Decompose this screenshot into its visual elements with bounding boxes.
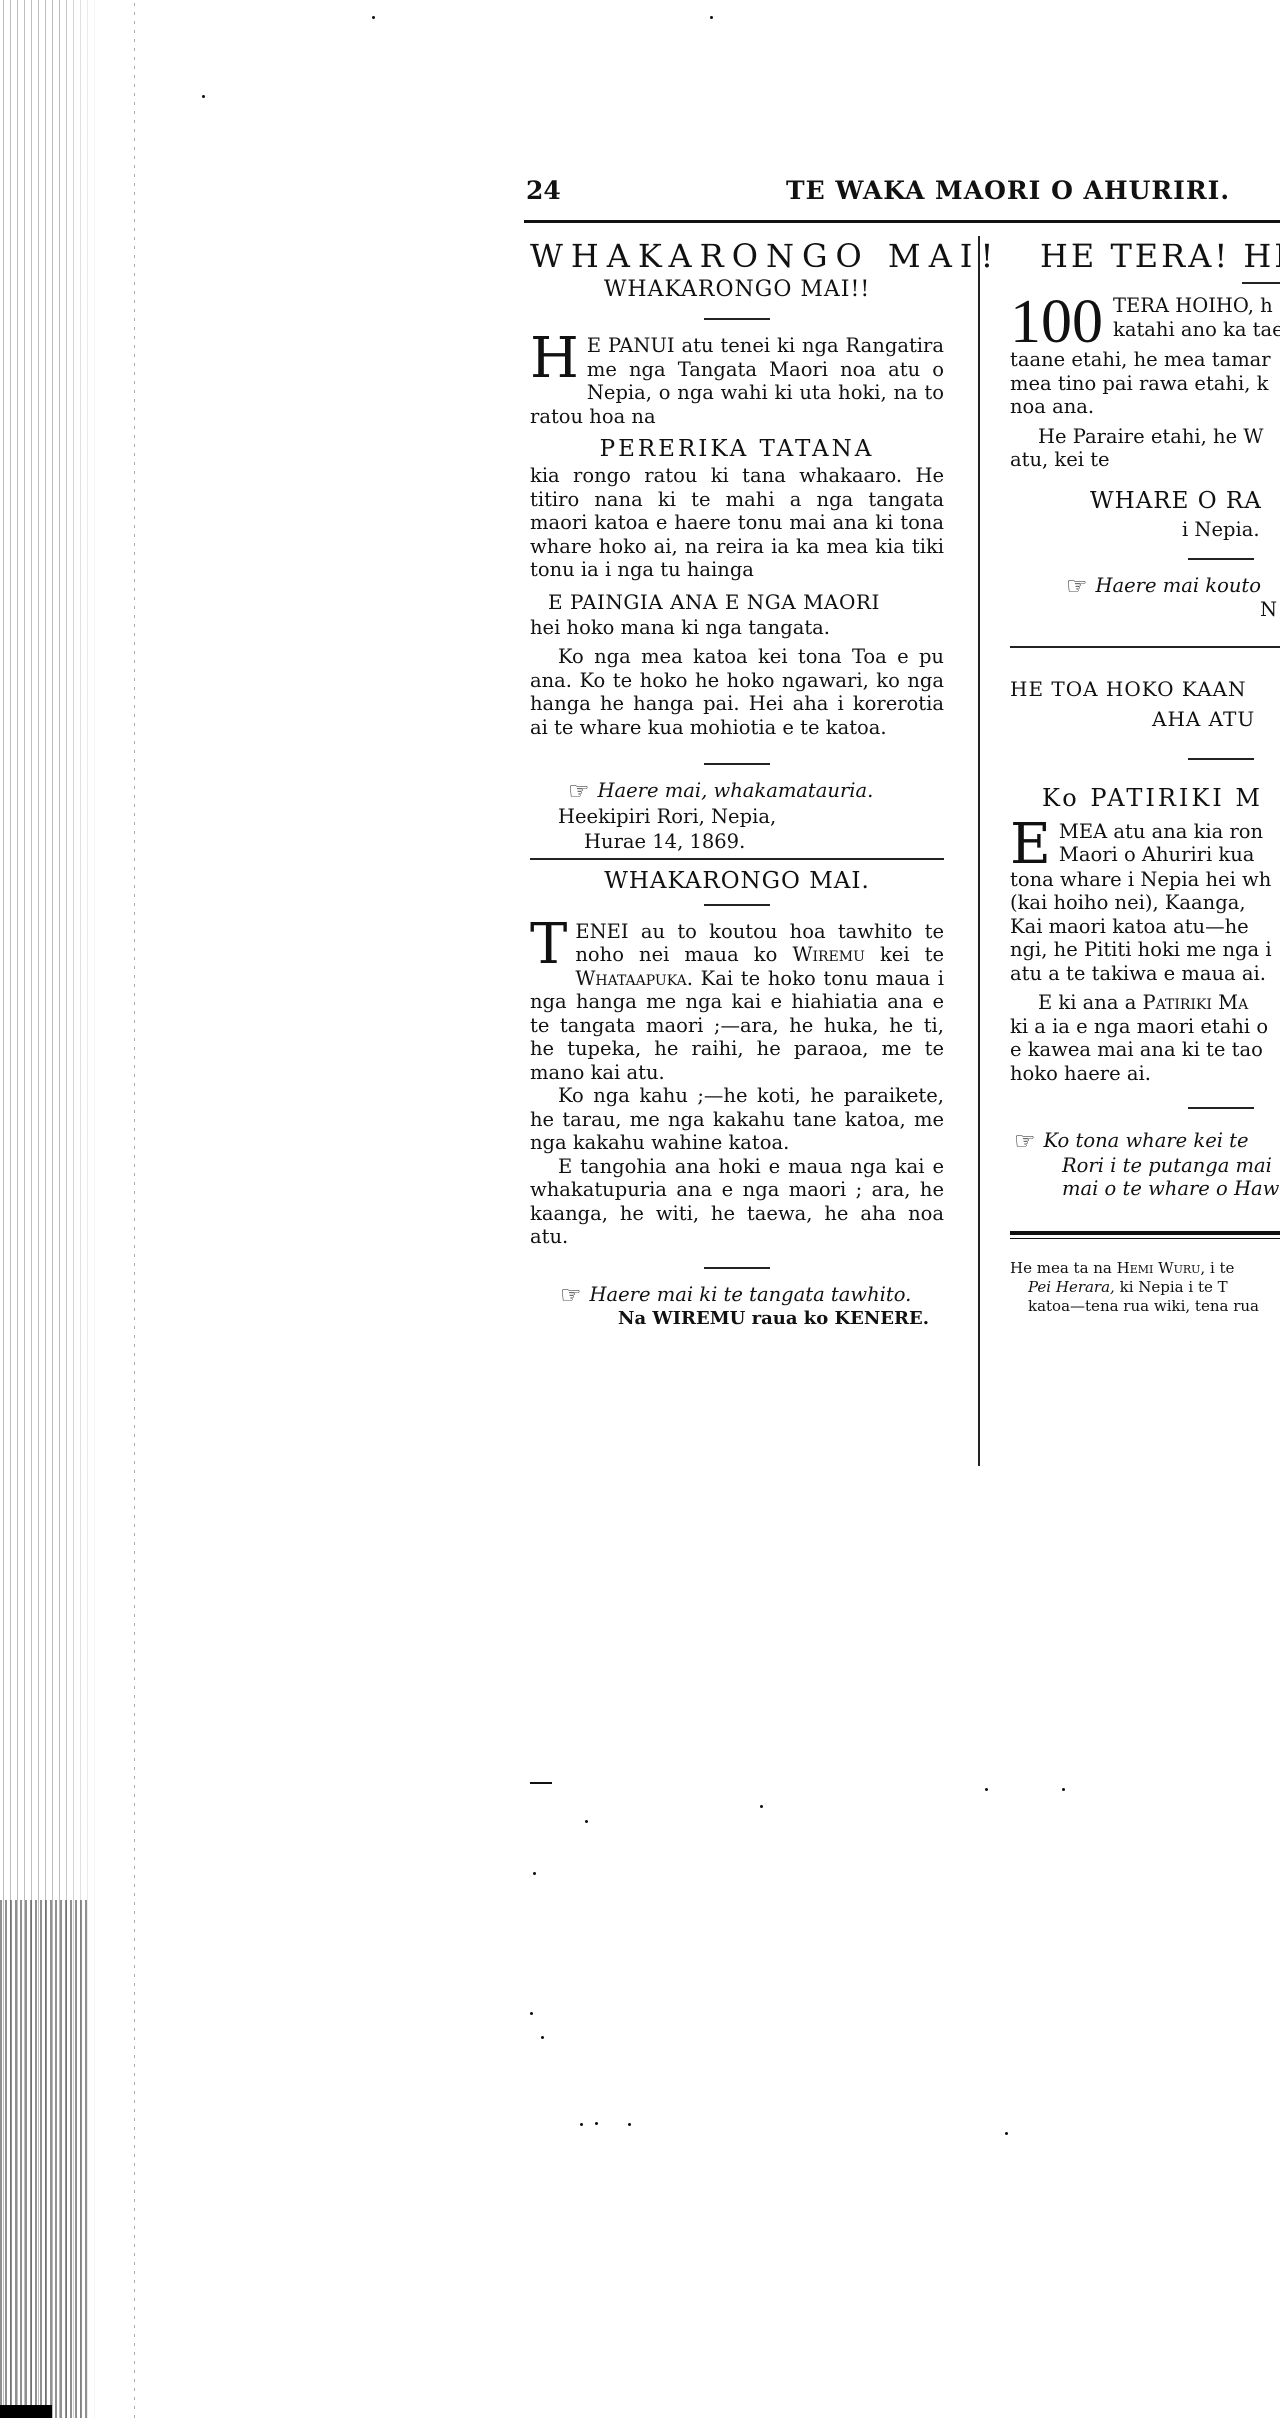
short-rule — [1188, 1107, 1254, 1109]
page-number: 24 — [526, 176, 561, 205]
dropcap: E — [1010, 822, 1051, 868]
scan-line-artifact — [134, 0, 135, 2418]
short-rule — [1188, 558, 1254, 560]
section-rule — [1010, 646, 1280, 648]
text-fragment: ki Nepia i te T — [1120, 1278, 1228, 1296]
advert-headline: HE TOA HOKO KAAN — [1010, 674, 1280, 704]
advert-body: kia rongo ratou ki tana whakaaro. He tit… — [530, 464, 944, 582]
text-line: ngi, he Pititi hoki me nga i — [1010, 938, 1280, 962]
text-line: e kawea mai ana ki te tao — [1010, 1038, 1280, 1062]
speck — [533, 1872, 536, 1875]
advert-notice: ☞Haere mai, whakamatauria. — [530, 779, 944, 804]
signature-date: Hurae 14, 1869. — [530, 829, 944, 854]
column-divider — [978, 236, 980, 1466]
short-rule — [704, 318, 770, 320]
speck — [628, 2123, 631, 2126]
dropcap: H — [530, 336, 579, 382]
advert-wiremu-kenere: WHAKARONGO MAI. T ENEI au to koutou hoa … — [530, 866, 944, 1332]
intro-text: kei te — [880, 943, 944, 966]
text-fragment: i te — [1210, 1259, 1234, 1277]
advert-subheading: E PAINGIA ANA E NGA MAORI — [530, 588, 944, 616]
advert-intro: H E PANUI atu tenei ki nga Rangatira me … — [530, 334, 944, 428]
dropcap: T — [530, 922, 567, 968]
pointing-hand-icon: ☞ — [560, 1284, 582, 1308]
short-rule — [704, 1267, 770, 1269]
text-line: atu a te takiwa e maua ai. — [1010, 962, 1280, 986]
text-fragment: Pei Herara, — [1028, 1278, 1115, 1296]
place-heading: WHARE O RA — [1010, 486, 1280, 516]
speck — [580, 2123, 583, 2126]
speck — [1062, 1788, 1065, 1791]
speck — [595, 2122, 598, 2125]
short-rule — [1188, 758, 1254, 760]
speck — [985, 1788, 988, 1791]
imprint-line: katoa—tena rua wiki, tena rua — [1010, 1297, 1280, 1316]
imprint-line: He mea ta na Hemi Wuru, i te — [1010, 1259, 1280, 1278]
speck — [202, 95, 205, 98]
short-rule — [704, 763, 770, 765]
intro-lead: E PANUI — [587, 334, 675, 357]
text-line: atu, kei te — [1010, 448, 1280, 472]
right-column: HE TERA! HE 100 TERA HOIHO, h katahi ano… — [1010, 234, 1280, 1316]
speck — [710, 16, 713, 19]
text-line: hoko haere ai. — [1010, 1062, 1280, 1086]
short-rule — [1242, 282, 1280, 284]
advert-headline: AHA ATU — [1010, 704, 1280, 734]
advert-headline: HE TERA! HE — [1010, 236, 1280, 276]
place-name: Whataapuka. — [575, 967, 693, 990]
signature-fragment: N — [1010, 598, 1280, 622]
notice-text: Haere mai ki te tangata tawhito. — [590, 1283, 912, 1306]
advert-horses: HE TERA! HE 100 TERA HOIHO, h katahi ano… — [1010, 236, 1280, 622]
advert-body: Ko nga mea katoa kei tona Toa e pu ana. … — [530, 645, 944, 739]
signature: Na WIREMU raua ko KENERE. — [530, 1307, 944, 1331]
advert-notice: ☞Haere mai kouto — [1010, 574, 1280, 599]
advert-headline: WHAKARONGO MAI. — [530, 866, 944, 896]
advert-intro: E MEA atu ana kia ron Maori o Ahuriri ku… — [1010, 820, 1280, 868]
text-line: ki a ia e nga maori etahi o — [1010, 1015, 1280, 1039]
advert-headline: WHAKARONGO MAI! — [530, 236, 944, 276]
signature-place: Heekipiri Rori, Nepia, — [530, 804, 944, 829]
advert-notice: ☞Haere mai ki te tangata tawhito. — [530, 1283, 944, 1308]
text-line: (kai hoiho nei), Kaanga, — [1010, 891, 1280, 915]
notice-text: Rori i te putanga mai — [1010, 1154, 1280, 1178]
advert-body: Ko nga kahu ;—he koti, he paraikete, he … — [530, 1084, 944, 1155]
text-line: He Paraire etahi, he W — [1010, 425, 1280, 449]
printer-name: Hemi Wuru, — [1117, 1259, 1206, 1277]
merchant-name-heading: Ko PATIRIKI M — [1010, 782, 1280, 814]
speck — [530, 1782, 552, 1784]
pointing-hand-icon: ☞ — [568, 780, 590, 804]
notice-text: Haere mai kouto — [1096, 574, 1261, 597]
person-name: Patiriki Ma — [1143, 991, 1249, 1014]
imprint-line: Pei Herara, ki Nepia i te T — [1010, 1278, 1280, 1297]
place-subheading: i Nepia. — [1010, 516, 1280, 544]
pointing-hand-icon: ☞ — [1014, 1130, 1036, 1154]
text-line: E ki ana a Patiriki Ma — [1010, 991, 1280, 1015]
merchant-name-heading: PERERIKA TATANA — [530, 434, 944, 464]
advert-notice: ☞Ko tona whare kei te — [1010, 1129, 1280, 1154]
text-line: taane etahi, he mea tamar — [1010, 348, 1280, 372]
advert-intro: T ENEI au to koutou hoa tawhito te noho … — [530, 920, 944, 1085]
notice-text: Ko tona whare kei te — [1044, 1129, 1249, 1152]
text-line: Kai maori katoa atu—he — [1010, 915, 1280, 939]
page-header: 24 TE WAKA MAORI O AHURIRI. — [524, 176, 1280, 206]
text-fragment: He mea ta na — [1010, 1259, 1112, 1277]
pointing-hand-icon: ☞ — [1066, 575, 1088, 599]
speck — [372, 16, 375, 19]
scan-blob-artifact — [0, 2405, 52, 2418]
dropcap-number: 100 — [1010, 296, 1103, 348]
speck — [530, 2012, 533, 2015]
advert-intro: 100 TERA HOIHO, h katahi ano ka tae — [1010, 294, 1280, 348]
text-line: tona whare i Nepia hei wh — [1010, 868, 1280, 892]
scan-edge-artifact-bottom — [0, 1900, 90, 2418]
speck — [585, 1820, 588, 1823]
person-name: Wiremu — [792, 943, 864, 966]
speck — [541, 2036, 544, 2039]
header-rule — [524, 220, 1280, 223]
advert-pererika-tatana: WHAKARONGO MAI! WHAKARONGO MAI!! H E PAN… — [530, 236, 944, 854]
text-line: mea tino pai rawa etahi, k — [1010, 372, 1280, 396]
intro-lead: ENEI — [575, 920, 628, 943]
newspaper-title: TE WAKA MAORI O AHURIRI. — [786, 176, 1230, 205]
printer-imprint: He mea ta na Hemi Wuru, i te Pei Herara,… — [1010, 1259, 1280, 1316]
advert-body: E tangohia ana hoki e maua nga kai e wha… — [530, 1155, 944, 1249]
notice-text: mai o te whare o Hawk — [1010, 1177, 1280, 1201]
short-rule — [704, 904, 770, 906]
advert-patiriki: HE TOA HOKO KAAN AHA ATU Ko PATIRIKI M E… — [1010, 674, 1280, 1201]
speck — [760, 1805, 763, 1808]
advert-subheadline: WHAKARONGO MAI!! — [530, 276, 944, 304]
advert-body: hei hoko mana ki nga tangata. — [530, 616, 944, 640]
speck — [1005, 2132, 1008, 2135]
notice-text: Haere mai, whakamatauria. — [598, 779, 874, 802]
left-column: WHAKARONGO MAI! WHAKARONGO MAI!! H E PAN… — [530, 234, 944, 1331]
text-fragment: E ki ana a — [1038, 991, 1136, 1014]
text-line: noa ana. — [1010, 395, 1280, 419]
section-rule — [530, 858, 944, 860]
double-rule — [1010, 1231, 1280, 1239]
